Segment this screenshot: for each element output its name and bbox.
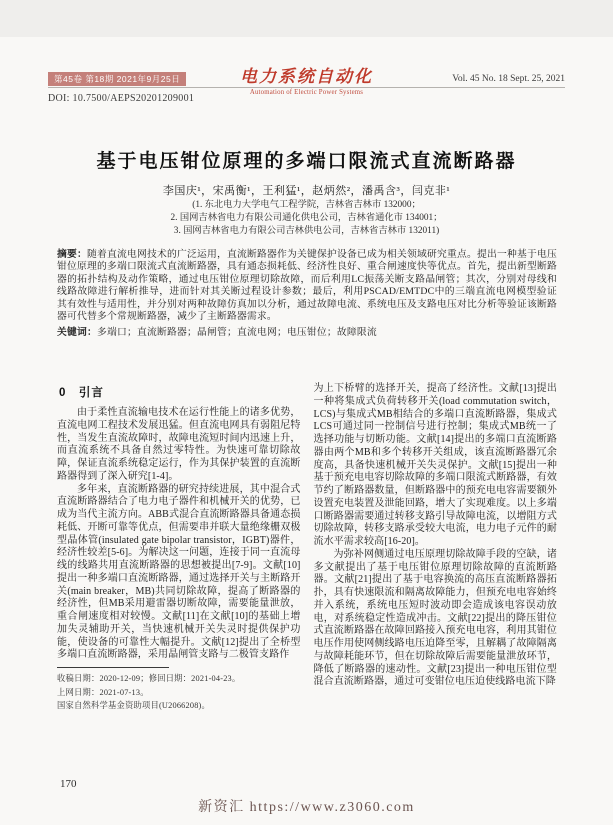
intro-paragraph-2: 多年来，直流断路器的研究持续进展，其中混合式直流断路器结合了电力电子器件和机械开… (57, 484, 301, 663)
page-bottom-band (0, 0, 613, 37)
journal-page: 第45卷 第18期 2021年9月25日 DOI: 10.7500/AEPS20… (0, 0, 613, 825)
right-column: 为上下桥臂的选择开关，提高了经济性。文献[13]提出一种将集成式负荷转移开关(l… (314, 383, 558, 713)
article-title: 基于电压钳位原理的多端口限流式直流断路器 (0, 146, 613, 173)
keywords-label: 关键词： (57, 327, 97, 338)
abstract-paragraph: 摘要：随着直流电网技术的广泛运用，直流断路器作为关键保护设备已成为相关领域研究重… (57, 249, 557, 324)
left-column: 0 引言 由于柔性直流输电技术在运行性能上的诸多优势，直流电网工程技术发展迅猛。… (57, 383, 301, 713)
footnote-received-dates: 收稿日期：2020-12-09；修回日期：2021-04-23。 (57, 672, 301, 686)
volume-info: Vol. 45 No. 18 Sept. 25, 2021 (452, 74, 565, 84)
footnote-funding: 国家自然科学基金资助项目(U2066208)。 (57, 699, 301, 713)
footnote-online-date: 上网日期：2021-07-13。 (57, 686, 301, 700)
body-columns: 0 引言 由于柔性直流输电技术在运行性能上的诸多优势，直流电网工程技术发展迅猛。… (57, 383, 557, 713)
authors-line: 李国庆¹，宋禹衡¹，王利猛¹，赵炳然²，潘禹含³，闫克非¹ (0, 182, 613, 198)
journal-logo-en: Automation of Electric Power Systems (0, 89, 613, 96)
intro-paragraph-3: 为弥补网侧通过电压原理切除故障手段的空缺，诸多文献提出了基于电压钳位原理切除故障… (314, 549, 558, 689)
keywords-text: 多端口；直流断路器；晶闸管；直流电网；电压钳位；故障限流 (97, 327, 377, 338)
affiliation-line-3: 3. 国网吉林省电力有限公司吉林供电公司，吉林省吉林市 132011) (0, 225, 613, 238)
affiliations-block: (1. 东北电力大学电气工程学院，吉林省吉林市 132000； 2. 国网吉林省… (0, 199, 613, 238)
page-number: 170 (60, 778, 77, 790)
abstract-block: 摘要：随着直流电网技术的广泛运用，直流断路器作为关键保护设备已成为相关领域研究重… (57, 249, 557, 339)
header-divider (48, 87, 565, 88)
abstract-text: 随着直流电网技术的广泛运用，直流断路器作为关键保护设备已成为相关领域研究重点。提… (57, 249, 557, 322)
affiliation-line-1: (1. 东北电力大学电气工程学院，吉林省吉林市 132000； (0, 199, 613, 212)
footnote-separator (57, 667, 169, 668)
watermark-text: 新资汇 https://www.z3060.com (0, 796, 613, 816)
intro-paragraph-2-continued: 为上下桥臂的选择开关，提高了经济性。文献[13]提出一种将集成式负荷转移开关(l… (314, 383, 558, 549)
section-heading-introduction: 0 引言 (59, 384, 301, 400)
intro-paragraph-1: 由于柔性直流输电技术在运行性能上的诸多优势，直流电网工程技术发展迅猛。但直流电网… (57, 407, 301, 484)
footnote-block: 收稿日期：2020-12-09；修回日期：2021-04-23。 上网日期：20… (57, 672, 301, 713)
abstract-label: 摘要： (57, 249, 87, 260)
affiliation-line-2: 2. 国网吉林省电力有限公司通化供电公司，吉林省通化市 134001； (0, 212, 613, 225)
keywords-paragraph: 关键词：多端口；直流断路器；晶闸管；直流电网；电压钳位；故障限流 (57, 327, 557, 339)
